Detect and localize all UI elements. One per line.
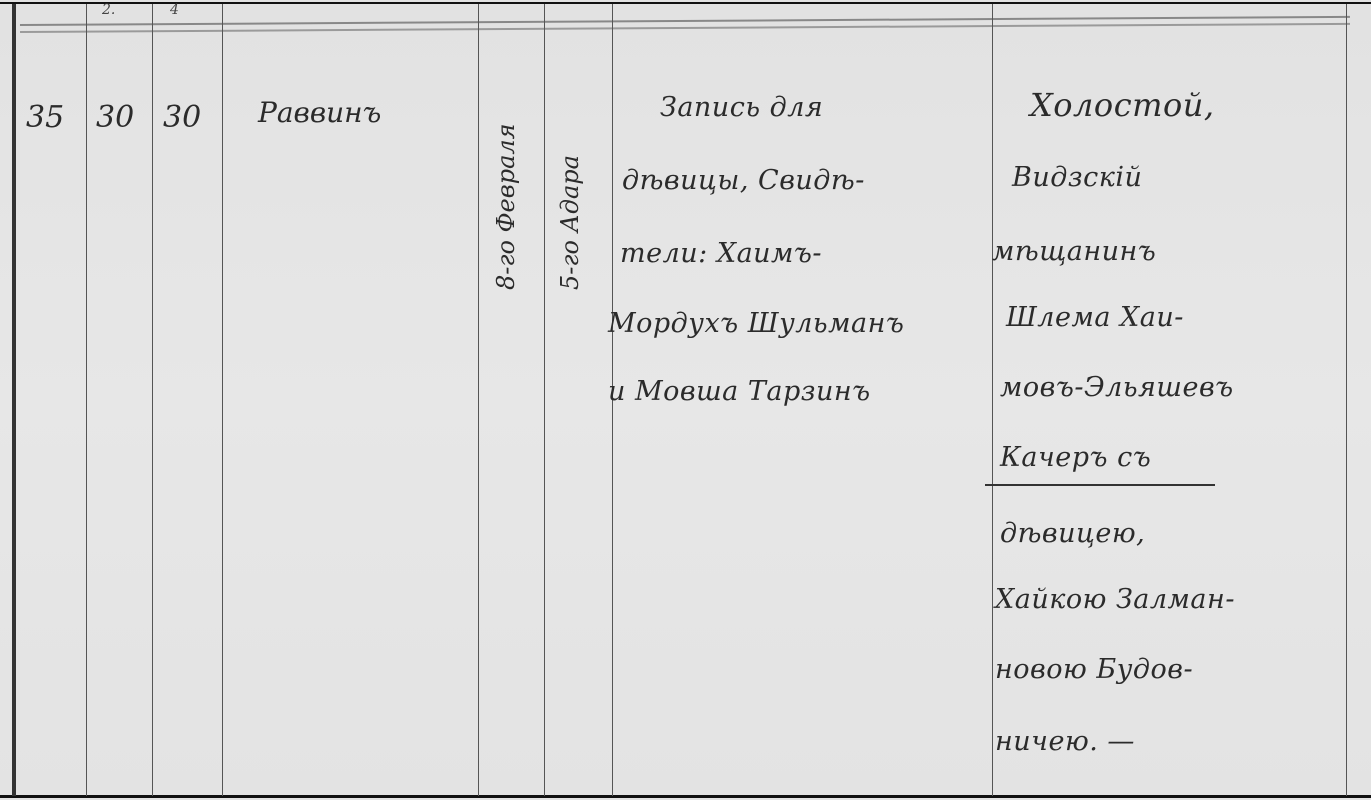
- date-jewish-month: Адара: [556, 155, 584, 232]
- names-line: Хайкою Залман-: [995, 584, 1235, 615]
- date-civil-day: 8-го: [492, 240, 520, 290]
- remarks-line: дѣвицы, Свидѣ-: [622, 165, 865, 196]
- column-divider-5: [544, 4, 545, 796]
- col3-number: 30: [163, 100, 201, 135]
- previous-row-mark: 2.: [102, 2, 115, 18]
- column-divider-4: [478, 4, 479, 796]
- previous-row-mark: 4: [170, 2, 179, 18]
- column-divider-3: [222, 4, 223, 796]
- names-line: Шлема Хаи-: [1006, 302, 1184, 333]
- officiant-name: Раввинъ: [258, 96, 381, 129]
- names-line: дѣвицею,: [1000, 518, 1145, 549]
- entry-number: 35: [26, 100, 64, 135]
- date-civil-month: Февраля: [492, 123, 520, 232]
- names-line: мѣщанинъ: [992, 236, 1156, 267]
- col2-number: 30: [96, 100, 134, 135]
- top-border: [0, 2, 1371, 4]
- underline-rule: [985, 484, 1215, 486]
- column-divider-8: [1346, 4, 1347, 796]
- remarks-line: и Мовша Тарзинъ: [608, 376, 871, 407]
- bottom-border: [0, 795, 1371, 798]
- names-line: новою Будов-: [995, 654, 1193, 685]
- date-jewish-day: 5-го: [556, 240, 584, 290]
- names-line: Видзскій: [1012, 162, 1142, 193]
- remarks-line: Запись для: [660, 92, 823, 123]
- header-double-rule: [20, 16, 1350, 33]
- names-line: мовъ-Эльяшевъ: [1000, 372, 1234, 403]
- register-page: 2. 4 35 30 30 Раввинъ 8-го Февраля 5-го …: [0, 0, 1371, 800]
- remarks-line: Мордухъ Шульманъ: [608, 308, 904, 339]
- names-line-underlined: Качеръ съ: [1000, 442, 1151, 473]
- column-divider-7: [992, 4, 993, 796]
- date-civil: 8-го Февраля: [492, 123, 520, 290]
- names-line: ничею. —: [995, 726, 1135, 757]
- date-jewish: 5-го Адара: [556, 155, 584, 290]
- left-margin-rule: [12, 4, 16, 796]
- column-divider-2: [152, 4, 153, 796]
- column-divider-1: [86, 4, 87, 796]
- remarks-line: тели: Хаимъ-: [620, 238, 822, 269]
- names-line: Холостой,: [1030, 86, 1215, 124]
